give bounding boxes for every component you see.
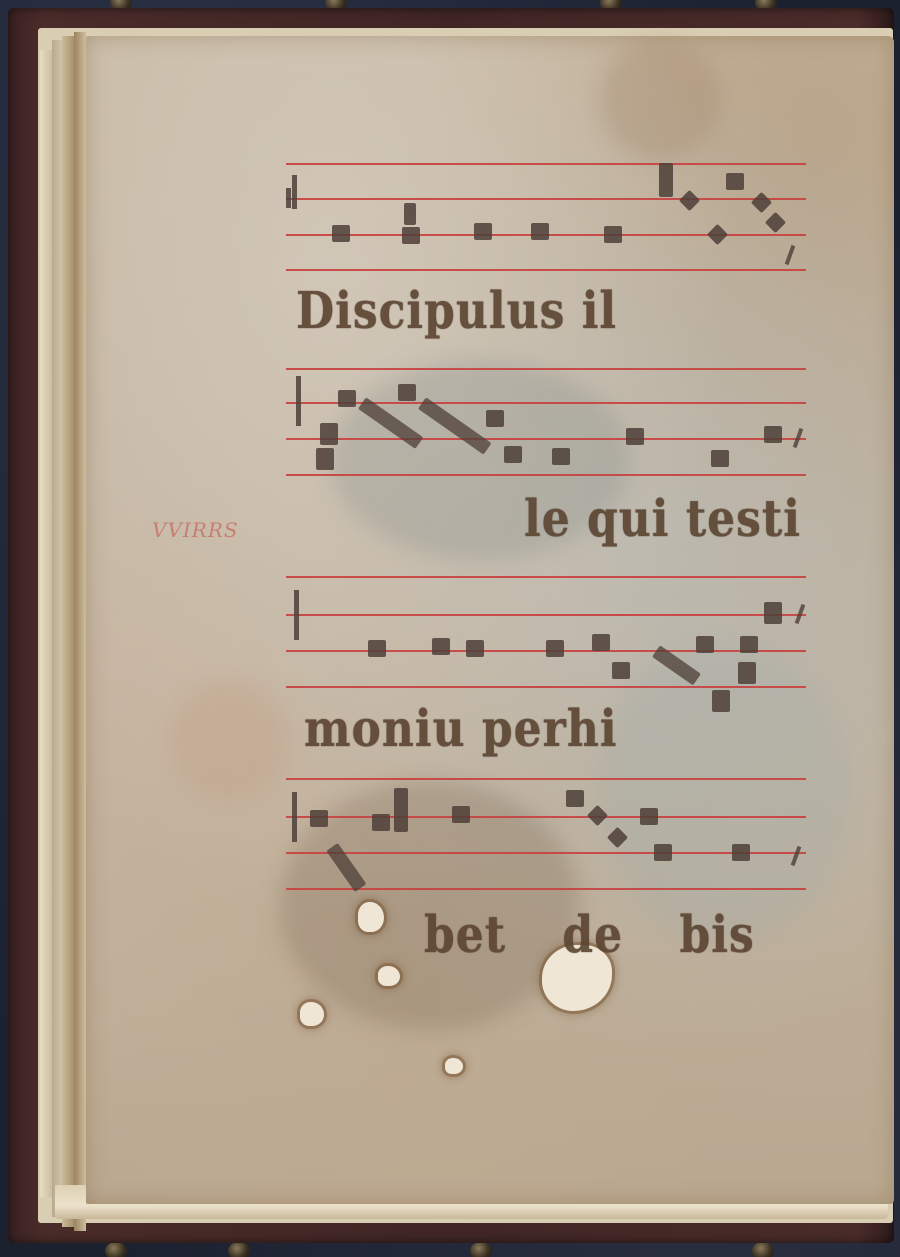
- page-edge: [52, 40, 62, 1217]
- custos-icon: [791, 846, 802, 866]
- punctum-neume: [726, 173, 744, 190]
- punctum-neume: [626, 428, 644, 445]
- punctum-neume: [738, 662, 756, 684]
- punctum-neume: [372, 814, 390, 831]
- punctum-neume: [398, 384, 416, 401]
- staff-line: [286, 614, 806, 616]
- punctum-neume: [764, 602, 782, 624]
- parchment-hole: [445, 1058, 463, 1074]
- c-clef-icon: [296, 376, 301, 426]
- staff-line: [286, 778, 806, 780]
- marginal-rubric: VVIRRS: [152, 518, 239, 542]
- punctum-neume: [654, 844, 672, 861]
- punctum-neume: [546, 640, 564, 657]
- punctum-neume: [712, 690, 730, 712]
- lyric-line-1: Discipulus il: [296, 282, 617, 341]
- parchment-hole: [378, 966, 400, 986]
- staff-line: [286, 852, 806, 854]
- music-staff-3: [286, 576, 806, 686]
- binding-stud: [470, 1242, 492, 1257]
- ligature-neume: [358, 397, 423, 449]
- page-edge: [74, 32, 86, 1231]
- punctum-neume: [696, 636, 714, 653]
- ligature-neume: [418, 397, 492, 454]
- rhombus-neume: [751, 192, 772, 213]
- staff-line: [286, 816, 806, 818]
- punctum-neume: [402, 227, 420, 244]
- lyric-line-3: moniu perhi: [304, 700, 618, 759]
- punctum-neume: [592, 634, 610, 651]
- punctum-neume: [764, 426, 782, 443]
- staff-line: [286, 474, 806, 476]
- lyric-line-4: bet de bis: [424, 906, 755, 965]
- staff-line: [286, 686, 806, 688]
- rhombus-neume: [587, 805, 608, 826]
- punctum-neume: [452, 806, 470, 823]
- staff-line: [286, 576, 806, 578]
- punctum-neume: [740, 636, 758, 653]
- parchment-hole: [300, 1002, 324, 1026]
- parchment-hole: [358, 902, 384, 932]
- punctum-neume: [310, 810, 328, 827]
- punctum-neume: [368, 640, 386, 657]
- staff-line: [286, 888, 806, 890]
- music-staff-1: [286, 163, 806, 273]
- ligature-neume: [326, 843, 366, 892]
- rhombus-neume: [765, 212, 786, 233]
- page-edge: [40, 50, 52, 1197]
- page-edge: [62, 36, 74, 1227]
- staff-line: [286, 198, 806, 200]
- punctum-neume: [604, 226, 622, 243]
- binding-stud: [752, 1242, 774, 1257]
- rhombus-neume: [607, 827, 628, 848]
- punctum-neume: [566, 790, 584, 807]
- staff-line: [286, 269, 806, 271]
- staff-line: [286, 163, 806, 165]
- punctum-neume: [320, 423, 338, 445]
- music-staff-2: [286, 368, 806, 478]
- lyric-line-2: le qui testi: [524, 490, 801, 549]
- dirt-stain: [600, 40, 720, 160]
- virga-neume: [404, 203, 416, 225]
- punctum-neume: [432, 638, 450, 655]
- c-clef-icon: [286, 188, 291, 208]
- virga-neume: [659, 163, 673, 197]
- binding-stud: [228, 1242, 250, 1257]
- rhombus-neume: [707, 224, 728, 245]
- punctum-neume: [316, 448, 334, 470]
- custos-icon: [785, 245, 796, 265]
- punctum-neume: [504, 446, 522, 463]
- c-clef-icon: [292, 792, 297, 842]
- music-staff-4: [286, 778, 806, 888]
- binding-stud: [105, 1242, 127, 1257]
- punctum-neume: [338, 390, 356, 407]
- rhombus-neume: [679, 190, 700, 211]
- punctum-neume: [612, 662, 630, 679]
- punctum-neume: [732, 844, 750, 861]
- punctum-neume: [531, 223, 549, 240]
- punctum-neume: [474, 223, 492, 240]
- punctum-neume: [486, 410, 504, 427]
- dirt-stain: [170, 680, 290, 800]
- c-clef-icon: [294, 590, 299, 640]
- staff-line: [286, 438, 806, 440]
- punctum-neume: [640, 808, 658, 825]
- virga-neume: [394, 788, 408, 832]
- punctum-neume: [466, 640, 484, 657]
- punctum-neume: [332, 225, 350, 242]
- punctum-neume: [711, 450, 729, 467]
- punctum-neume: [552, 448, 570, 465]
- staff-line: [286, 368, 806, 370]
- c-clef-icon: [292, 175, 297, 209]
